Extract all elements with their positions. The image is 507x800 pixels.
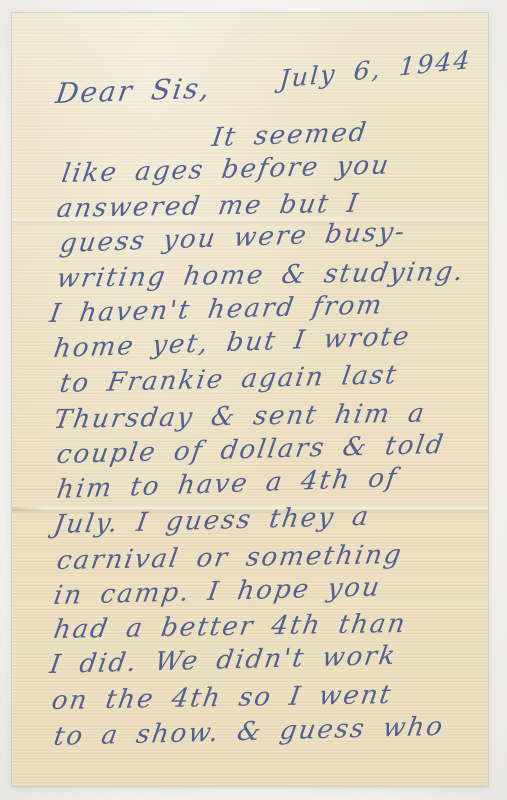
handwriting-line: home yet, but I wrote bbox=[52, 322, 413, 364]
handwriting-line: like ages before you bbox=[60, 150, 393, 189]
letter-page: July 6, 1944 Dear Sis, It seemed like ag… bbox=[12, 13, 488, 786]
handwriting-line: had a better 4th than bbox=[52, 609, 409, 645]
handwriting-line: guess you were busy- bbox=[58, 217, 408, 259]
handwriting-line: July. I guess they a bbox=[52, 502, 372, 540]
handwriting-line: Thursday & sent him a bbox=[52, 399, 429, 435]
letter-date: July 6, 1944 bbox=[279, 45, 473, 94]
handwriting-line: him to have a 4th of bbox=[55, 463, 400, 505]
handwriting-line: carnival or something bbox=[55, 540, 405, 576]
letter-salutation: Dear Sis, bbox=[54, 72, 214, 110]
handwriting-line: I haven't heard from bbox=[48, 290, 386, 329]
handwriting-line: answered me but I bbox=[55, 189, 362, 224]
handwriting-line: It seemed bbox=[210, 118, 370, 153]
handwriting-line: in camp. I hope you bbox=[52, 572, 383, 611]
handwriting-line: to a show. & guess who bbox=[52, 712, 447, 752]
handwriting-line: writing home & studying. bbox=[55, 257, 467, 294]
handwriting-line: on the 4th so I went bbox=[50, 680, 395, 716]
handwriting-line: I did. We didn't work bbox=[48, 641, 399, 680]
scan-background: July 6, 1944 Dear Sis, It seemed like ag… bbox=[0, 0, 507, 800]
handwriting-line: to Frankie again last bbox=[58, 360, 400, 399]
